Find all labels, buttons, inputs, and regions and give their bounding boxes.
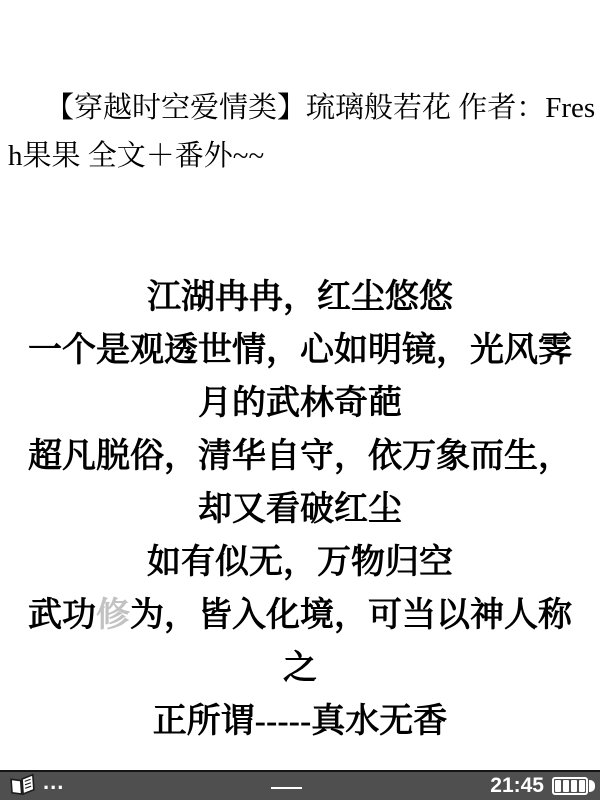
battery-cap — [589, 780, 595, 792]
battery-bar — [579, 780, 585, 792]
battery-bar — [571, 780, 577, 792]
progress-indicator — [271, 787, 302, 789]
reader-menu[interactable]: ... — [9, 774, 64, 796]
open-book-icon[interactable] — [8, 773, 36, 797]
body-line: 超凡脱俗，清华自守，依万象而生， — [0, 430, 600, 483]
body-line: 却又看破红尘 — [0, 483, 600, 536]
body-line-segment: 为，皆入化境，可当以神人称 — [130, 597, 572, 634]
body-line: 月的武林奇葩 — [0, 377, 600, 430]
book-title-line-1: 【穿越时空爱情类】琉璃般若花 作者：Fres — [8, 84, 594, 132]
body-line: 江湖冉冉，红尘悠悠 — [0, 271, 600, 324]
book-title-line-2: h果果 全文＋番外~~ — [8, 132, 594, 180]
body-line: 武功修为，皆入化境，可当以神人称 — [0, 589, 600, 642]
body-line: 之 — [0, 642, 600, 695]
battery-icon — [552, 777, 595, 795]
reading-content: 江湖冉冉，红尘悠悠 一个是观透世情，心如明镜，光风霁 月的武林奇葩 超凡脱俗，清… — [0, 271, 600, 748]
book-title: 【穿越时空爱情类】琉璃般若花 作者：Fres h果果 全文＋番外~~ — [8, 84, 594, 180]
body-line: 如有似无，万物归空 — [0, 536, 600, 589]
status-right: 21:45 — [490, 772, 595, 800]
status-bar: ... 21:45 — [0, 770, 600, 800]
battery-bar — [563, 780, 569, 792]
battery-bar — [555, 780, 561, 792]
menu-dots[interactable]: ... — [43, 775, 64, 789]
body-line: 一个是观透世情，心如明镜，光风霁 — [0, 324, 600, 377]
body-line-segment: 武功 — [28, 597, 96, 634]
body-line: 正所谓-----真水无香 — [0, 695, 600, 748]
clock-time: 21:45 — [490, 774, 544, 798]
ereader-screen: 【穿越时空爱情类】琉璃般若花 作者：Fres h果果 全文＋番外~~ 江湖冉冉，… — [0, 0, 600, 800]
ghosted-character: 修 — [96, 597, 130, 634]
battery-bars — [552, 777, 588, 795]
